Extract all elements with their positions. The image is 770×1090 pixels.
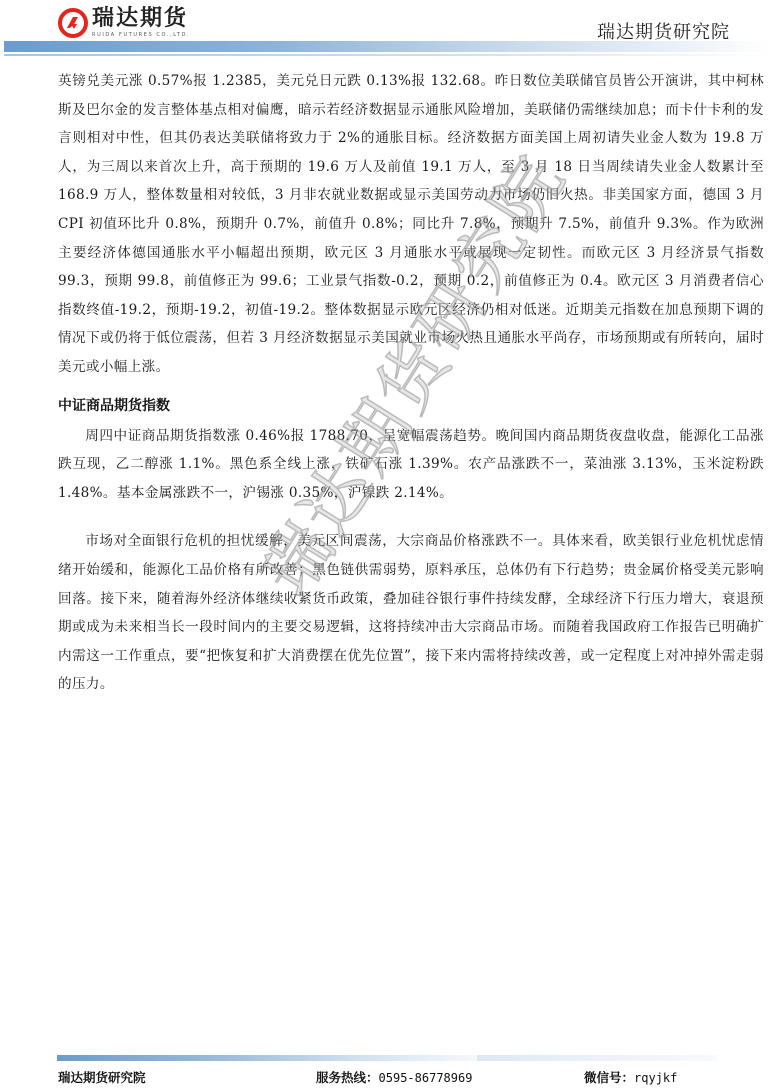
wechat-id: rqyjkf [634,1071,677,1085]
footer-gradient-bar [57,1055,477,1061]
header-divider-line [4,54,770,56]
paragraph-commodity-index: 周四中证商品期货指数涨 0.46%报 1788.70，呈宽幅震荡趋势。晚间国内商… [58,422,764,508]
paragraph-spacer [58,507,764,527]
page-footer: 瑞达期货研究院 服务热线：0595-86778969 微信号：rqyjkf [58,1068,738,1088]
ruida-logo-icon [58,8,88,38]
logo-english-name: RUIDA FUTURES CO.,LTD. [92,32,190,39]
hotline-label: 服务热线： [316,1070,379,1085]
wechat-label: 微信号： [584,1070,634,1085]
paragraph-fx-macro: 英镑兑美元涨 0.57%报 1.2385，美元兑日元跌 0.13%报 132.6… [58,67,764,382]
hotline-number: 0595-86778969 [379,1071,473,1085]
footer-org-name: 瑞达期货研究院 [58,1068,146,1086]
footer-wechat: 微信号：rqyjkf [584,1068,677,1086]
paragraph-market-outlook: 市场对全面银行危机的担忧缓解，美元区间震荡，大宗商品价格涨跌不一。具体来看，欧美… [58,527,764,699]
page-header: 瑞达期货 RUIDA FUTURES CO.,LTD. 瑞达期货研究院 [0,0,770,60]
footer-gradient-bar-fade [477,1055,717,1061]
company-logo: 瑞达期货 RUIDA FUTURES CO.,LTD. [58,6,190,42]
report-body: 英镑兑美元涨 0.57%报 1.2385，美元兑日元跌 0.13%报 132.6… [58,67,764,699]
section-title-commodity-index: 中证商品期货指数 [58,396,764,416]
logo-chinese-name: 瑞达期货 [92,6,190,32]
header-gradient-bar [4,41,770,52]
footer-hotline: 服务热线：0595-86778969 [316,1068,472,1086]
